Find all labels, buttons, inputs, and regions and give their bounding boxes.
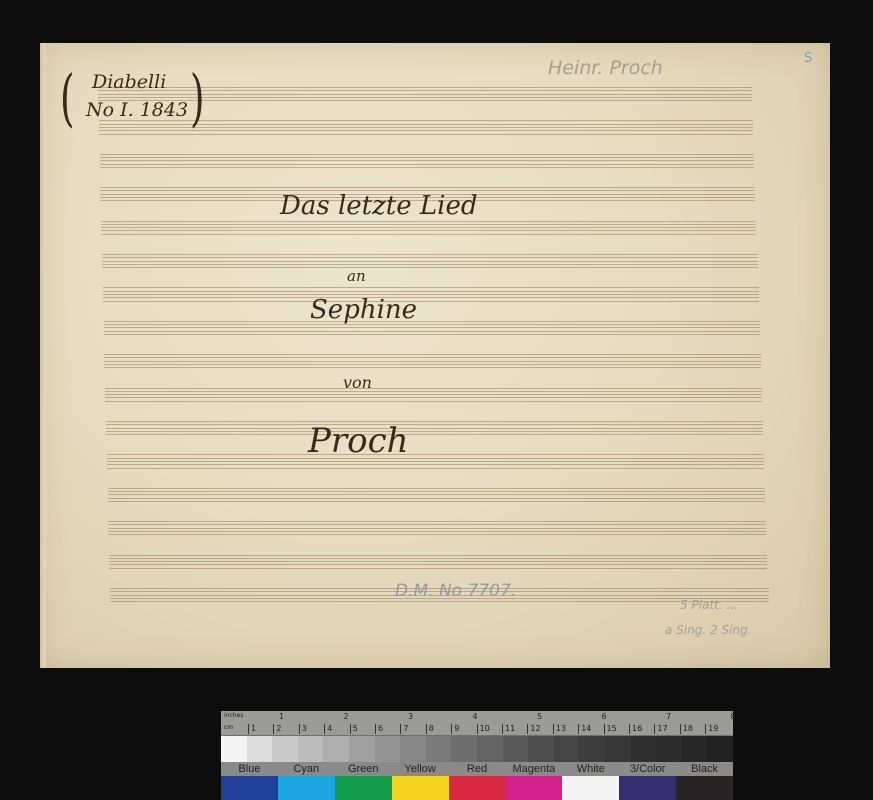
gray-step <box>656 736 682 762</box>
inch-tick-label: 8 <box>731 712 736 721</box>
gray-step <box>554 736 580 762</box>
gray-step <box>400 736 426 762</box>
gray-step <box>247 736 273 762</box>
cm-tick-label: 18 <box>680 724 693 734</box>
cm-tick-label: 9 <box>451 724 459 734</box>
color-patch <box>676 776 733 800</box>
cm-tick-label: 3 <box>299 724 307 734</box>
color-label: Black <box>676 762 733 776</box>
color-label: White <box>562 762 619 776</box>
pencil-note-line1: 5 Platt. ... <box>680 598 738 612</box>
cm-tick-label: 8 <box>426 724 434 734</box>
number-year-annotation: No I. 1843 <box>86 99 188 121</box>
color-label: Red <box>449 762 506 776</box>
gray-step <box>426 736 452 762</box>
color-patch <box>449 776 506 800</box>
inch-tick-label: 5 <box>537 712 542 721</box>
color-patch <box>335 776 392 800</box>
bracket-annotation: ( Diabelli No I. 1843 ) <box>60 65 210 155</box>
cm-tick-label: 14 <box>578 724 591 734</box>
gray-step <box>323 736 349 762</box>
cm-tick-label: 10 <box>477 724 490 734</box>
inch-tick-label: 2 <box>344 712 349 721</box>
staff <box>104 321 760 335</box>
gray-step <box>221 736 247 762</box>
staff <box>109 555 767 569</box>
library-stamp: S <box>804 51 812 66</box>
color-patch <box>278 776 335 800</box>
pencil-note-line2: a Sing. 2 Sing. <box>665 623 751 637</box>
staff <box>106 421 763 435</box>
color-label: Yellow <box>392 762 449 776</box>
gray-step <box>579 736 605 762</box>
gray-step <box>605 736 631 762</box>
staff <box>103 287 759 301</box>
inch-tick-label: 6 <box>602 712 607 721</box>
gray-step <box>298 736 324 762</box>
cm-tick-label: 1 <box>248 724 256 734</box>
staff <box>107 454 764 468</box>
staff <box>101 221 756 235</box>
inch-tick-label: 3 <box>408 712 413 721</box>
staff <box>100 154 755 168</box>
composer-signature: Proch <box>308 421 409 461</box>
gray-step <box>528 736 554 762</box>
by-word: von <box>343 373 372 392</box>
gray-step <box>503 736 529 762</box>
catalog-number: D.M. No 7707. <box>395 581 516 601</box>
cm-tick-label: 17 <box>654 724 667 734</box>
color-label: Green <box>335 762 392 776</box>
cm-tick-label: 2 <box>273 724 281 734</box>
color-labels: BlueCyanGreenYellowRedMagentaWhite3/Colo… <box>221 762 733 776</box>
gray-step <box>631 736 657 762</box>
staff <box>105 388 762 402</box>
pencil-composer-note: Heinr. Proch <box>548 57 663 79</box>
gray-step <box>707 736 733 762</box>
manuscript-page: ( Diabelli No I. 1843 ) Heinr. Proch S D… <box>40 43 830 668</box>
staff <box>102 254 758 268</box>
cm-tick-label: 7 <box>400 724 408 734</box>
page-edge <box>40 43 46 668</box>
gray-step <box>682 736 708 762</box>
cm-tick-label: 5 <box>350 724 358 734</box>
cm-tick-label: 4 <box>324 724 332 734</box>
staff <box>108 521 766 535</box>
color-label: 3/Color <box>619 762 676 776</box>
cm-label: cm <box>224 724 233 731</box>
inch-tick-label: 7 <box>666 712 671 721</box>
staff <box>104 354 760 368</box>
color-calibration-target: inches cm 12345678 123456789101112131415… <box>221 711 733 800</box>
color-patch <box>392 776 449 800</box>
color-patches <box>221 776 733 800</box>
cm-tick-label: 13 <box>553 724 566 734</box>
ruler-scale: inches cm 12345678 123456789101112131415… <box>221 711 733 736</box>
cm-tick-label: 16 <box>629 724 642 734</box>
color-patch <box>562 776 619 800</box>
dedication-word: an <box>347 267 366 285</box>
gray-step <box>349 736 375 762</box>
gray-step <box>477 736 503 762</box>
inch-tick-label: 4 <box>473 712 478 721</box>
title: Das letzte Lied <box>280 191 478 221</box>
cm-tick-label: 15 <box>604 724 617 734</box>
color-patch <box>619 776 676 800</box>
inch-tick-label: 1 <box>279 712 284 721</box>
publisher-annotation: Diabelli <box>92 71 166 93</box>
dedicatee: Sephine <box>310 295 417 325</box>
grayscale-strip <box>221 736 733 762</box>
color-label: Magenta <box>505 762 562 776</box>
color-label: Blue <box>221 762 278 776</box>
inches-label: inches <box>224 712 243 719</box>
cm-tick-label: 12 <box>527 724 540 734</box>
color-patch <box>505 776 562 800</box>
color-patch <box>221 776 278 800</box>
gray-step <box>272 736 298 762</box>
cm-tick-label: 11 <box>502 724 515 734</box>
gray-step <box>375 736 401 762</box>
color-label: Cyan <box>278 762 335 776</box>
cm-tick-label: 6 <box>375 724 383 734</box>
gray-step <box>451 736 477 762</box>
staff <box>108 488 766 502</box>
cm-tick-label: 19 <box>705 724 718 734</box>
